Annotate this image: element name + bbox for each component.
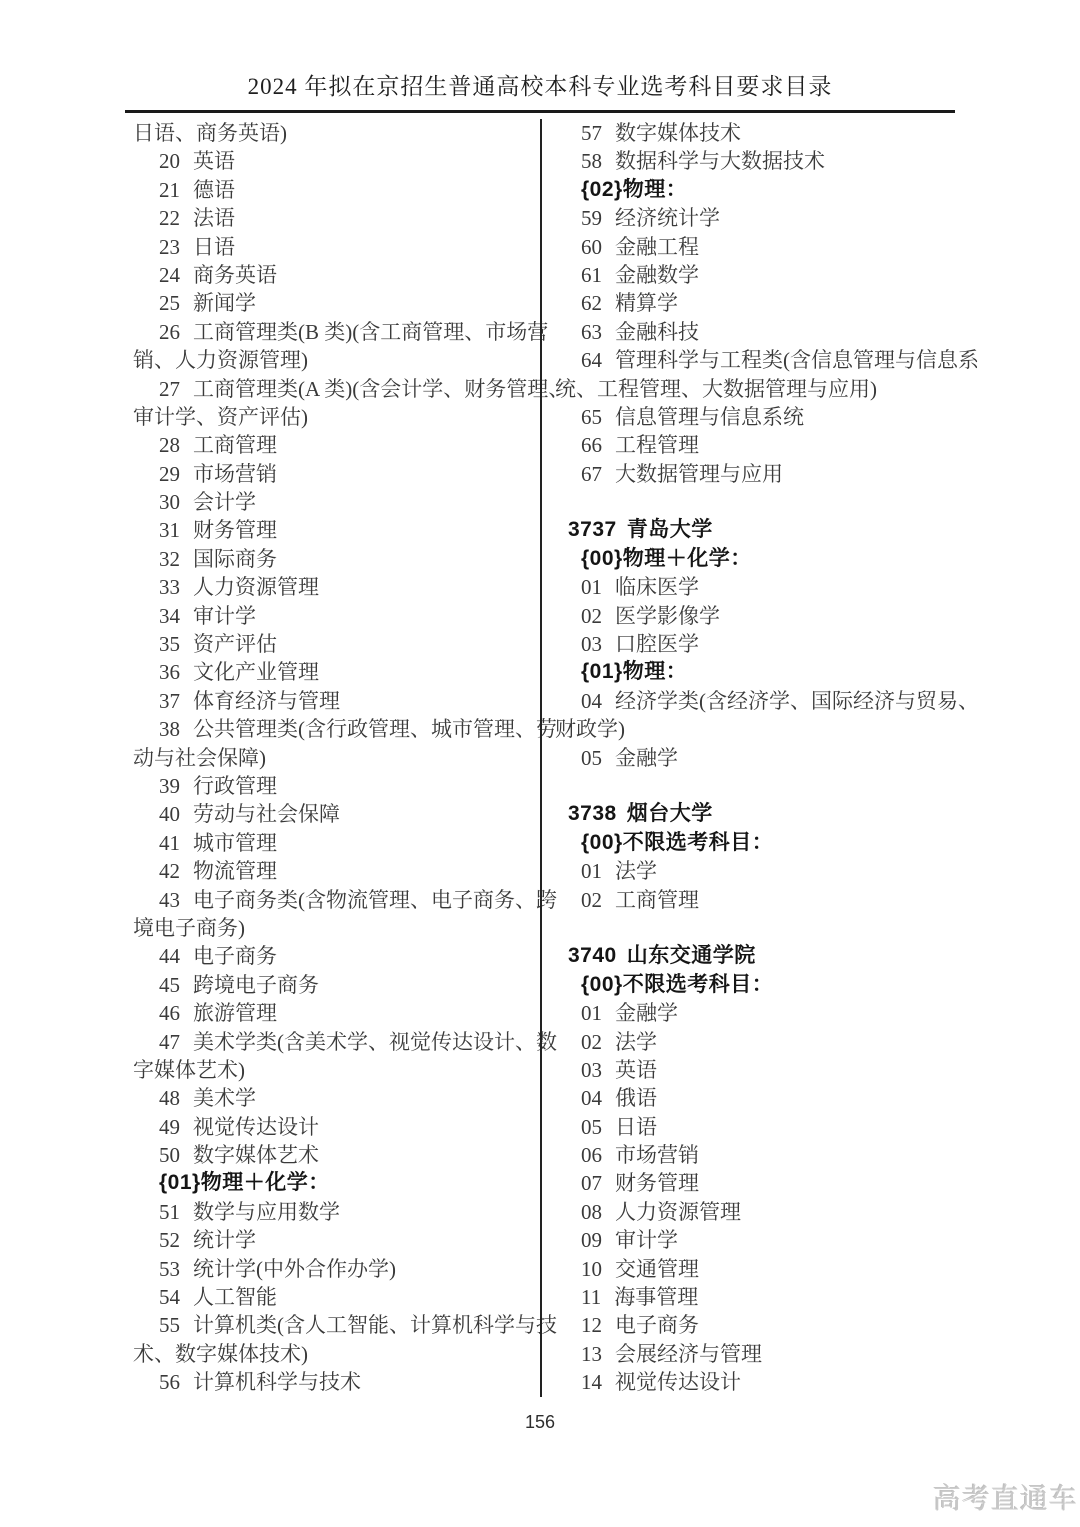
major-name: 计算机类(含人工智能、计算机科学与技: [193, 1313, 557, 1337]
major-name: 工商管理类(A 类)(含会计学、财务管理、: [193, 377, 569, 401]
major-name: 管理科学与工程类(含信息管理与信息系: [615, 348, 979, 372]
school-heading: 3737青岛大学: [555, 516, 967, 544]
watermark: 高考直通车: [933, 1477, 1078, 1517]
blank-line: [555, 488, 967, 516]
major-code: 62: [581, 289, 602, 317]
major-name: 统计学(中外合作办学): [193, 1257, 396, 1281]
major-line-continuation: 统、工程管理、大数据管理与应用): [555, 375, 967, 403]
major-line: 05日语: [555, 1113, 967, 1141]
major-line-continuation: 字媒体艺术): [133, 1056, 533, 1084]
major-name: 工商管理类(B 类)(含工商管理、市场营: [193, 320, 548, 344]
major-name: 精算学: [615, 291, 678, 315]
major-name: 城市管理: [193, 831, 277, 855]
major-code: 06: [581, 1141, 602, 1169]
major-line: 46旅游管理: [133, 999, 533, 1027]
major-line: 02法学: [555, 1028, 967, 1056]
major-name: 海事管理: [614, 1285, 698, 1309]
major-code: 30: [159, 488, 180, 516]
major-line: 03口腔医学: [555, 630, 967, 658]
major-line: 66工程管理: [555, 431, 967, 459]
major-code: 05: [581, 744, 602, 772]
major-line: 59经济统计学: [555, 204, 967, 232]
major-line: 44电子商务: [133, 942, 533, 970]
major-code: 03: [581, 630, 602, 658]
document-page: 2024 年拟在京招生普通高校本科专业选考科目要求目录 日语、商务英语)20英语…: [0, 0, 1080, 1527]
major-line: 62精算学: [555, 289, 967, 317]
major-name: 新闻学: [193, 291, 256, 315]
major-name: 美术学: [193, 1086, 256, 1110]
major-code: 35: [159, 630, 180, 658]
major-name: 人力资源管理: [193, 575, 319, 599]
major-code: 09: [581, 1226, 602, 1254]
major-line: 34审计学: [133, 602, 533, 630]
major-line: 58数据科学与大数据技术: [555, 147, 967, 175]
major-line: 38公共管理类(含行政管理、城市管理、劳: [133, 715, 533, 743]
subject-requirement-heading: {00}不限选考科目：: [555, 971, 967, 999]
major-name: 电子商务类(含物流管理、电子商务、跨: [193, 888, 557, 912]
major-name: 工商管理: [193, 433, 277, 457]
major-code: 59: [581, 204, 602, 232]
major-name: 财务管理: [193, 518, 277, 542]
major-line: 09审计学: [555, 1226, 967, 1254]
major-line: 25新闻学: [133, 289, 533, 317]
major-line: 14视觉传达设计: [555, 1368, 967, 1396]
major-code: 63: [581, 318, 602, 346]
major-name: 劳动与社会保障: [193, 802, 340, 826]
major-code: 13: [581, 1340, 602, 1368]
major-name: 市场营销: [193, 462, 277, 486]
column-divider: [540, 119, 542, 1397]
school-code: 3738: [568, 800, 617, 828]
major-name: 金融学: [615, 1001, 678, 1025]
major-line-continuation: 境电子商务): [133, 914, 533, 942]
major-name: 交通管理: [615, 1257, 699, 1281]
major-name: 旅游管理: [193, 1001, 277, 1025]
major-code: 55: [159, 1311, 180, 1339]
major-name: 跨境电子商务: [193, 973, 319, 997]
major-name: 数学与应用数学: [193, 1200, 340, 1224]
major-name: 视觉传达设计: [615, 1370, 741, 1394]
major-line: 13会展经济与管理: [555, 1340, 967, 1368]
major-code: 04: [581, 687, 602, 715]
major-name: 财务管理: [615, 1171, 699, 1195]
major-name: 审计学: [193, 604, 256, 628]
major-name: 信息管理与信息系统: [615, 405, 804, 429]
school-name: 山东交通学院: [627, 944, 756, 967]
major-code: 02: [581, 1028, 602, 1056]
major-line: 33人力资源管理: [133, 573, 533, 601]
major-line: 26工商管理类(B 类)(含工商管理、市场营: [133, 318, 533, 346]
major-code: 60: [581, 233, 602, 261]
major-code: 61: [581, 261, 602, 289]
major-line: 08人力资源管理: [555, 1198, 967, 1226]
major-line: 61金融数学: [555, 261, 967, 289]
major-code: 02: [581, 602, 602, 630]
major-name: 审计学: [615, 1228, 678, 1252]
major-code: 51: [159, 1198, 180, 1226]
major-code: 31: [159, 516, 180, 544]
major-code: 04: [581, 1084, 602, 1112]
major-line: 48美术学: [133, 1084, 533, 1112]
school-name: 烟台大学: [627, 802, 713, 825]
major-code: 24: [159, 261, 180, 289]
major-line: 67大数据管理与应用: [555, 460, 967, 488]
major-name: 法语: [193, 206, 235, 230]
major-code: 20: [159, 147, 180, 175]
major-code: 34: [159, 602, 180, 630]
major-line: 56计算机科学与技术: [133, 1368, 533, 1396]
major-name: 英语: [193, 149, 235, 173]
major-name: 法学: [615, 859, 657, 883]
right-column: 57数字媒体技术58数据科学与大数据技术{02}物理：59经济统计学60金融工程…: [555, 119, 967, 1397]
major-name: 经济学类(含经济学、国际经济与贸易、: [615, 689, 979, 713]
major-code: 42: [159, 857, 180, 885]
major-code: 02: [581, 886, 602, 914]
major-line: 04经济学类(含经济学、国际经济与贸易、: [555, 687, 967, 715]
subject-requirement-heading: {00}物理＋化学：: [555, 545, 967, 573]
major-line-continuation: 术、数字媒体技术): [133, 1340, 533, 1368]
major-line: 40劳动与社会保障: [133, 800, 533, 828]
major-line: 10交通管理: [555, 1255, 967, 1283]
major-name: 数据科学与大数据技术: [615, 149, 825, 173]
subject-requirement-heading: {00}不限选考科目：: [555, 829, 967, 857]
major-line: 06市场营销: [555, 1141, 967, 1169]
subject-requirement-heading: {01}物理＋化学：: [133, 1169, 533, 1197]
major-code: 25: [159, 289, 180, 317]
major-line: 28工商管理: [133, 431, 533, 459]
major-name: 电子商务: [615, 1313, 699, 1337]
major-name: 德语: [193, 178, 235, 202]
major-code: 01: [581, 573, 602, 601]
major-code: 65: [581, 403, 602, 431]
major-name: 商务英语: [193, 263, 277, 287]
major-code: 52: [159, 1226, 180, 1254]
major-line: 01临床医学: [555, 573, 967, 601]
left-column: 日语、商务英语)20英语21德语22法语23日语24商务英语25新闻学26工商管…: [133, 119, 533, 1397]
major-line: 49视觉传达设计: [133, 1113, 533, 1141]
major-line: 41城市管理: [133, 829, 533, 857]
major-name: 数字媒体艺术: [193, 1143, 319, 1167]
header-rule: [125, 110, 955, 113]
major-code: 26: [159, 318, 180, 346]
major-line: 53统计学(中外合作办学): [133, 1255, 533, 1283]
major-name: 市场营销: [615, 1143, 699, 1167]
major-name: 电子商务: [193, 944, 277, 968]
major-code: 29: [159, 460, 180, 488]
major-line: 43电子商务类(含物流管理、电子商务、跨: [133, 886, 533, 914]
major-name: 医学影像学: [615, 604, 720, 628]
major-code: 47: [159, 1028, 180, 1056]
major-code: 21: [159, 176, 180, 204]
major-line: 24商务英语: [133, 261, 533, 289]
major-code: 32: [159, 545, 180, 573]
major-line: 12电子商务: [555, 1311, 967, 1339]
major-name: 资产评估: [193, 632, 277, 656]
major-code: 08: [581, 1198, 602, 1226]
major-code: 03: [581, 1056, 602, 1084]
school-heading: 3738烟台大学: [555, 800, 967, 828]
content-area: 日语、商务英语)20英语21德语22法语23日语24商务英语25新闻学26工商管…: [0, 119, 1080, 1397]
major-line: 54人工智能: [133, 1283, 533, 1311]
major-name: 计算机科学与技术: [193, 1370, 361, 1394]
major-line: 27工商管理类(A 类)(含会计学、财务管理、: [133, 375, 533, 403]
major-name: 金融科技: [615, 320, 699, 344]
major-name: 临床医学: [615, 575, 699, 599]
major-line: 04俄语: [555, 1084, 967, 1112]
major-line: 42物流管理: [133, 857, 533, 885]
major-name: 公共管理类(含行政管理、城市管理、劳: [193, 717, 557, 741]
major-line: 01金融学: [555, 999, 967, 1027]
major-code: 45: [159, 971, 180, 999]
major-name: 口腔医学: [615, 632, 699, 656]
school-heading: 3740山东交通学院: [555, 942, 967, 970]
major-code: 11: [581, 1283, 601, 1311]
major-code: 64: [581, 346, 602, 374]
major-line: 51数学与应用数学: [133, 1198, 533, 1226]
major-line: 01法学: [555, 857, 967, 885]
major-line: 50数字媒体艺术: [133, 1141, 533, 1169]
major-name: 俄语: [615, 1086, 657, 1110]
major-code: 41: [159, 829, 180, 857]
major-code: 66: [581, 431, 602, 459]
major-line-continuation: 财政学): [555, 715, 967, 743]
major-code: 14: [581, 1368, 602, 1396]
major-line: 31财务管理: [133, 516, 533, 544]
major-line-continuation: 销、人力资源管理): [133, 346, 533, 374]
major-line: 37体育经济与管理: [133, 687, 533, 715]
major-name: 体育经济与管理: [193, 689, 340, 713]
major-code: 67: [581, 460, 602, 488]
major-name: 法学: [615, 1030, 657, 1054]
page-number: 156: [0, 1412, 1080, 1433]
major-code: 36: [159, 658, 180, 686]
subject-requirement-heading: {02}物理：: [555, 176, 967, 204]
major-line: 07财务管理: [555, 1169, 967, 1197]
major-line: 57数字媒体技术: [555, 119, 967, 147]
major-name: 视觉传达设计: [193, 1115, 319, 1139]
major-name: 工商管理: [615, 888, 699, 912]
major-name: 日语: [193, 235, 235, 259]
major-code: 07: [581, 1169, 602, 1197]
major-code: 49: [159, 1113, 180, 1141]
major-line: 30会计学: [133, 488, 533, 516]
major-line: 55计算机类(含人工智能、计算机科学与技: [133, 1311, 533, 1339]
major-name: 金融数学: [615, 263, 699, 287]
major-line: 39行政管理: [133, 772, 533, 800]
page-title: 2024 年拟在京招生普通高校本科专业选考科目要求目录: [0, 0, 1080, 102]
major-code: 46: [159, 999, 180, 1027]
major-line: 21德语: [133, 176, 533, 204]
major-name: 人工智能: [193, 1285, 277, 1309]
major-line: 45跨境电子商务: [133, 971, 533, 999]
school-code: 3737: [568, 516, 617, 544]
major-name: 统计学: [193, 1228, 256, 1252]
major-code: 48: [159, 1084, 180, 1112]
major-line: 52统计学: [133, 1226, 533, 1254]
major-line: 35资产评估: [133, 630, 533, 658]
major-line: 22法语: [133, 204, 533, 232]
major-line: 20英语: [133, 147, 533, 175]
major-code: 37: [159, 687, 180, 715]
major-name: 日语: [615, 1115, 657, 1139]
major-code: 44: [159, 942, 180, 970]
major-code: 01: [581, 999, 602, 1027]
major-code: 50: [159, 1141, 180, 1169]
major-code: 40: [159, 800, 180, 828]
major-code: 58: [581, 147, 602, 175]
major-code: 39: [159, 772, 180, 800]
major-line: 05金融学: [555, 744, 967, 772]
major-name: 国际商务: [193, 547, 277, 571]
major-name: 经济统计学: [615, 206, 720, 230]
major-code: 27: [159, 375, 180, 403]
major-name: 美术学类(含美术学、视觉传达设计、数: [193, 1030, 557, 1054]
major-line: 03英语: [555, 1056, 967, 1084]
major-code: 01: [581, 857, 602, 885]
major-name: 金融学: [615, 746, 678, 770]
major-name: 数字媒体技术: [615, 121, 741, 145]
major-line: 63金融科技: [555, 318, 967, 346]
major-code: 43: [159, 886, 180, 914]
major-code: 23: [159, 233, 180, 261]
major-line: 02医学影像学: [555, 602, 967, 630]
major-line: 36文化产业管理: [133, 658, 533, 686]
blank-line: [555, 914, 967, 942]
major-line: 29市场营销: [133, 460, 533, 488]
subject-requirement-heading: {01}物理：: [555, 658, 967, 686]
major-code: 12: [581, 1311, 602, 1339]
major-code: 54: [159, 1283, 180, 1311]
major-line-continuation: 审计学、资产评估): [133, 403, 533, 431]
major-name: 行政管理: [193, 774, 277, 798]
major-line: 02工商管理: [555, 886, 967, 914]
major-code: 38: [159, 715, 180, 743]
school-code: 3740: [568, 942, 617, 970]
school-name: 青岛大学: [627, 518, 713, 541]
blank-line: [555, 772, 967, 800]
major-name: 工程管理: [615, 433, 699, 457]
major-name: 人力资源管理: [615, 1200, 741, 1224]
major-name: 英语: [615, 1058, 657, 1082]
major-line-continuation: 动与社会保障): [133, 744, 533, 772]
major-line: 32国际商务: [133, 545, 533, 573]
major-line: 60金融工程: [555, 233, 967, 261]
major-code: 05: [581, 1113, 602, 1141]
major-line: 64管理科学与工程类(含信息管理与信息系: [555, 346, 967, 374]
major-line: 11海事管理: [555, 1283, 967, 1311]
major-name: 文化产业管理: [193, 660, 319, 684]
major-name: 会展经济与管理: [615, 1342, 762, 1366]
major-code: 10: [581, 1255, 602, 1283]
major-line-continuation: 日语、商务英语): [133, 119, 533, 147]
major-code: 22: [159, 204, 180, 232]
major-code: 28: [159, 431, 180, 459]
major-code: 33: [159, 573, 180, 601]
major-code: 53: [159, 1255, 180, 1283]
major-line: 65信息管理与信息系统: [555, 403, 967, 431]
major-code: 56: [159, 1368, 180, 1396]
major-name: 物流管理: [193, 859, 277, 883]
major-name: 会计学: [193, 490, 256, 514]
major-line: 47美术学类(含美术学、视觉传达设计、数: [133, 1028, 533, 1056]
major-code: 57: [581, 119, 602, 147]
major-name: 金融工程: [615, 235, 699, 259]
major-name: 大数据管理与应用: [615, 462, 783, 486]
major-line: 23日语: [133, 233, 533, 261]
